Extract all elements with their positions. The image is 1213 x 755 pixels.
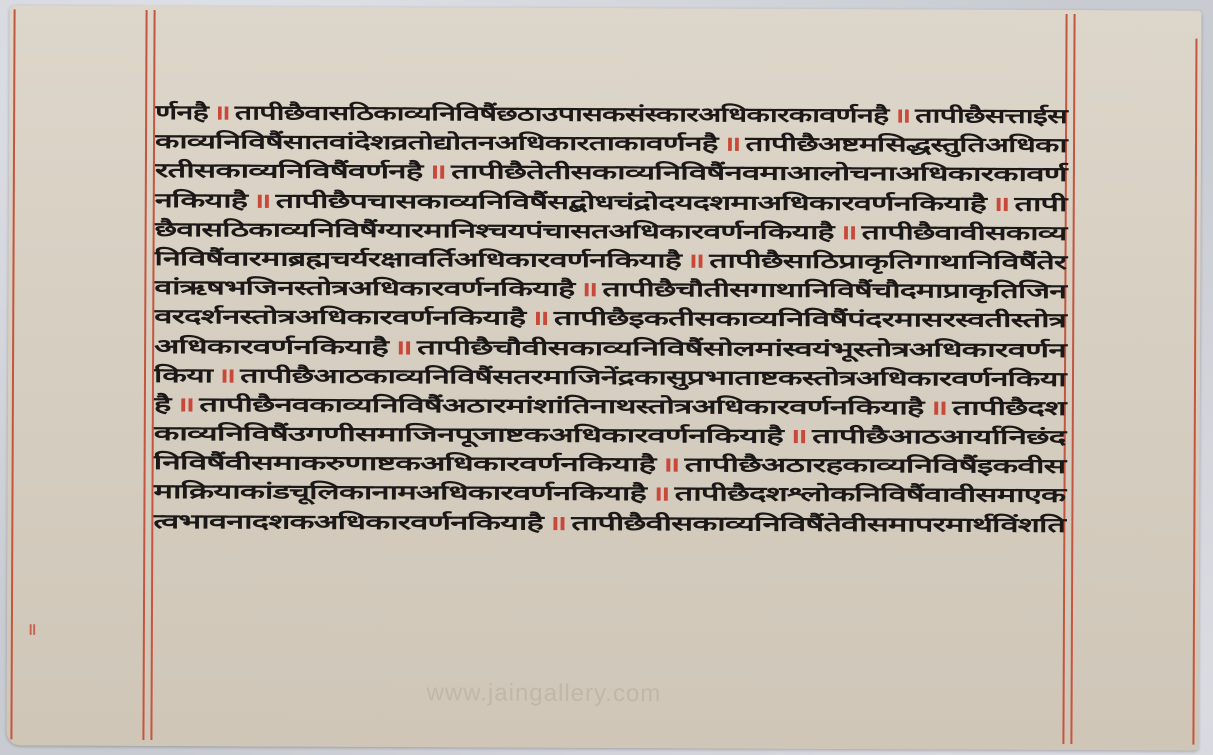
double-danda-separator: ॥ bbox=[686, 248, 705, 272]
manuscript-line: वांऋषभजिनस्तोत्रअधिकारवर्णनकियाहै॥तापीछै… bbox=[154, 273, 1072, 306]
double-danda-separator: ॥ bbox=[722, 132, 740, 156]
double-danda-separator: ॥ bbox=[427, 160, 446, 184]
text-segment: तापीछैआठआर्यानिछंद bbox=[812, 424, 1066, 449]
text-segment: तापीछैआठकाव्यनिविषैंसतरमाजिनेंद्रकासुप्र… bbox=[240, 363, 1066, 391]
manuscript-line: काव्यनिविषैंउगणीसमाजिनपूजाष्टकअधिकारवर्ण… bbox=[154, 419, 1072, 452]
text-segment: नकियाहै bbox=[155, 188, 248, 212]
double-danda-separator: ॥ bbox=[660, 452, 679, 476]
watermark: www.jaingallery.com bbox=[427, 679, 662, 708]
left-margin-mark: ॥ bbox=[27, 617, 37, 639]
text-segment: तापीछैइकतीसकाव्यनिविषैंपंदरमासरस्वतीस्तो… bbox=[554, 306, 1066, 332]
text-segment: र्णनहै bbox=[155, 100, 208, 124]
text-segment: त्वभावनादशकअधिकारवर्णनकियाहै bbox=[153, 509, 543, 535]
manuscript-line: नकियाहै॥तापीछैपचासकाव्यनिविषैंसद्बोधचंद्… bbox=[155, 186, 1073, 219]
manuscript-line: त्वभावनादशकअधिकारवर्णनकियाहै॥तापीछैवीसका… bbox=[153, 507, 1071, 540]
double-danda-separator: ॥ bbox=[530, 306, 549, 330]
text-segment: तापीछैअष्टमसिद्धस्तुतिअधिका bbox=[745, 132, 1066, 157]
outer-right-margin-rule bbox=[1192, 39, 1197, 745]
manuscript-line: काव्यनिविषैंसातवांदेशव्रतोद्योतनअधिकारता… bbox=[155, 127, 1073, 160]
manuscript-folio: ॥ र्णनहै॥तापीछैवासठिकाव्यनिविषैंछठाउपासक… bbox=[6, 5, 1201, 750]
text-segment: तापीछैवावीसकाव्य bbox=[862, 220, 1067, 245]
double-danda-separator: ॥ bbox=[928, 395, 947, 419]
double-danda-separator: ॥ bbox=[217, 363, 235, 387]
text-segment: तापीछैनवकाव्यनिविषैंअठारमांशांतिनाथस्तोत… bbox=[199, 392, 923, 419]
manuscript-line: निविषैंवारमाब्रह्मचर्यरक्षावर्तिअधिकारवर… bbox=[154, 244, 1072, 277]
double-danda-separator: ॥ bbox=[651, 482, 670, 506]
text-segment: तापीछैचौतीसगाथानिविषैंचौदमाप्राकृतिजिन bbox=[602, 277, 1066, 303]
double-danda-separator: ॥ bbox=[893, 103, 911, 127]
text-segment: निविषैंवीसमाकरुणाष्टकअधिकारवर्णनकियाहै bbox=[154, 450, 656, 476]
text-segment: है bbox=[154, 392, 171, 416]
text-segment: छैवासठिकाव्यनिविषैंग्यारमानिश्चयपंचासतअध… bbox=[155, 217, 834, 244]
outer-left-margin-rule bbox=[10, 9, 15, 739]
text-segment: तापीछैचौवीसकाव्यनिविषैंसोलमांस्वयंभूस्तो… bbox=[417, 335, 1066, 362]
double-danda-separator: ॥ bbox=[579, 277, 598, 301]
manuscript-line: माक्रियाकांडचूलिकानामअधिकारवर्णनकियाहै॥त… bbox=[153, 477, 1071, 510]
double-danda-separator: ॥ bbox=[838, 220, 856, 244]
text-segment: वरदर्शनस्तोत्रअधिकारवर्णनकियाहै bbox=[154, 304, 525, 330]
text-segment: रतीसकाव्यनिविषैंवर्णनहै bbox=[155, 158, 423, 183]
text-segment: किया bbox=[154, 363, 212, 387]
text-segment: अधिकारवर्णनकियाहै bbox=[154, 334, 388, 359]
double-danda-separator: ॥ bbox=[213, 100, 231, 124]
text-segment: तापीछैदश bbox=[952, 395, 1065, 419]
inner-left-margin-rule bbox=[142, 10, 147, 740]
manuscript-line: निविषैंवीसमाकरुणाष्टकअधिकारवर्णनकियाहै॥त… bbox=[154, 448, 1072, 481]
manuscript-text-block: र्णनहै॥तापीछैवासठिकाव्यनिविषैंछठाउपासकसं… bbox=[153, 98, 1073, 540]
text-segment: तापीछैसाठिप्राकृतिगाथानिविषैंतेर bbox=[709, 248, 1066, 274]
double-danda-separator: ॥ bbox=[393, 335, 412, 359]
double-danda-separator: ॥ bbox=[788, 424, 807, 448]
double-danda-separator: ॥ bbox=[175, 392, 194, 416]
manuscript-line: किया॥तापीछैआठकाव्यनिविषैंसतरमाजिनेंद्रका… bbox=[154, 361, 1072, 394]
text-segment: तापीछैपचासकाव्यनिविषैंसद्बोधचंद्रोदयदशमा… bbox=[276, 188, 987, 215]
manuscript-line: वरदर्शनस्तोत्रअधिकारवर्णनकियाहै॥तापीछैइक… bbox=[154, 302, 1072, 335]
text-segment: काव्यनिविषैंसातवांदेशव्रतोद्योतनअधिकारता… bbox=[155, 129, 718, 155]
manuscript-line: छैवासठिकाव्यनिविषैंग्यारमानिश्चयपंचासतअध… bbox=[155, 215, 1073, 248]
text-segment: तापीछैसत्ताईस bbox=[915, 103, 1067, 128]
manuscript-line: है॥तापीछैनवकाव्यनिविषैंअठारमांशांतिनाथस्… bbox=[154, 390, 1072, 423]
text-segment: तापीछैतेतीसकाव्यनिविषैंनवमाआलोचनाअधिकारक… bbox=[451, 160, 1067, 187]
text-segment: तापीछैदशश्लोकनिविषैंवावीसमाएक bbox=[675, 482, 1066, 508]
double-danda-separator: ॥ bbox=[252, 188, 271, 212]
text-segment: माक्रियाकांडचूलिकानामअधिकारवर्णनकियाहै bbox=[153, 479, 646, 505]
double-danda-separator: ॥ bbox=[548, 510, 567, 534]
text-segment: काव्यनिविषैंउगणीसमाजिनपूजाष्टकअधिकारवर्ण… bbox=[154, 421, 783, 448]
text-segment: निविषैंवारमाब्रह्मचर्यरक्षावर्तिअधिकारवर… bbox=[154, 246, 681, 272]
text-segment: तापीछैवासठिकाव्यनिविषैंछठाउपासकसंस्कारअध… bbox=[235, 100, 889, 127]
double-danda-separator: ॥ bbox=[991, 191, 1010, 215]
manuscript-line: र्णनहै॥तापीछैवासठिकाव्यनिविषैंछठाउपासकसं… bbox=[155, 98, 1073, 131]
text-segment: तापीछैअठारहकाव्यनिविषैंइकवीस bbox=[685, 453, 1066, 479]
manuscript-line: अधिकारवर्णनकियाहै॥तापीछैचौवीसकाव्यनिविषै… bbox=[154, 332, 1072, 365]
text-segment: तापी bbox=[1014, 191, 1066, 215]
text-segment: तापीछैवीसकाव्यनिविषैंतेवीसमापरमार्थविंशत… bbox=[571, 510, 1065, 536]
manuscript-line: रतीसकाव्यनिविषैंवर्णनहै॥तापीछैतेतीसकाव्य… bbox=[155, 156, 1073, 189]
text-segment: वांऋषभजिनस्तोत्रअधिकारवर्णनकियाहै bbox=[154, 275, 574, 301]
